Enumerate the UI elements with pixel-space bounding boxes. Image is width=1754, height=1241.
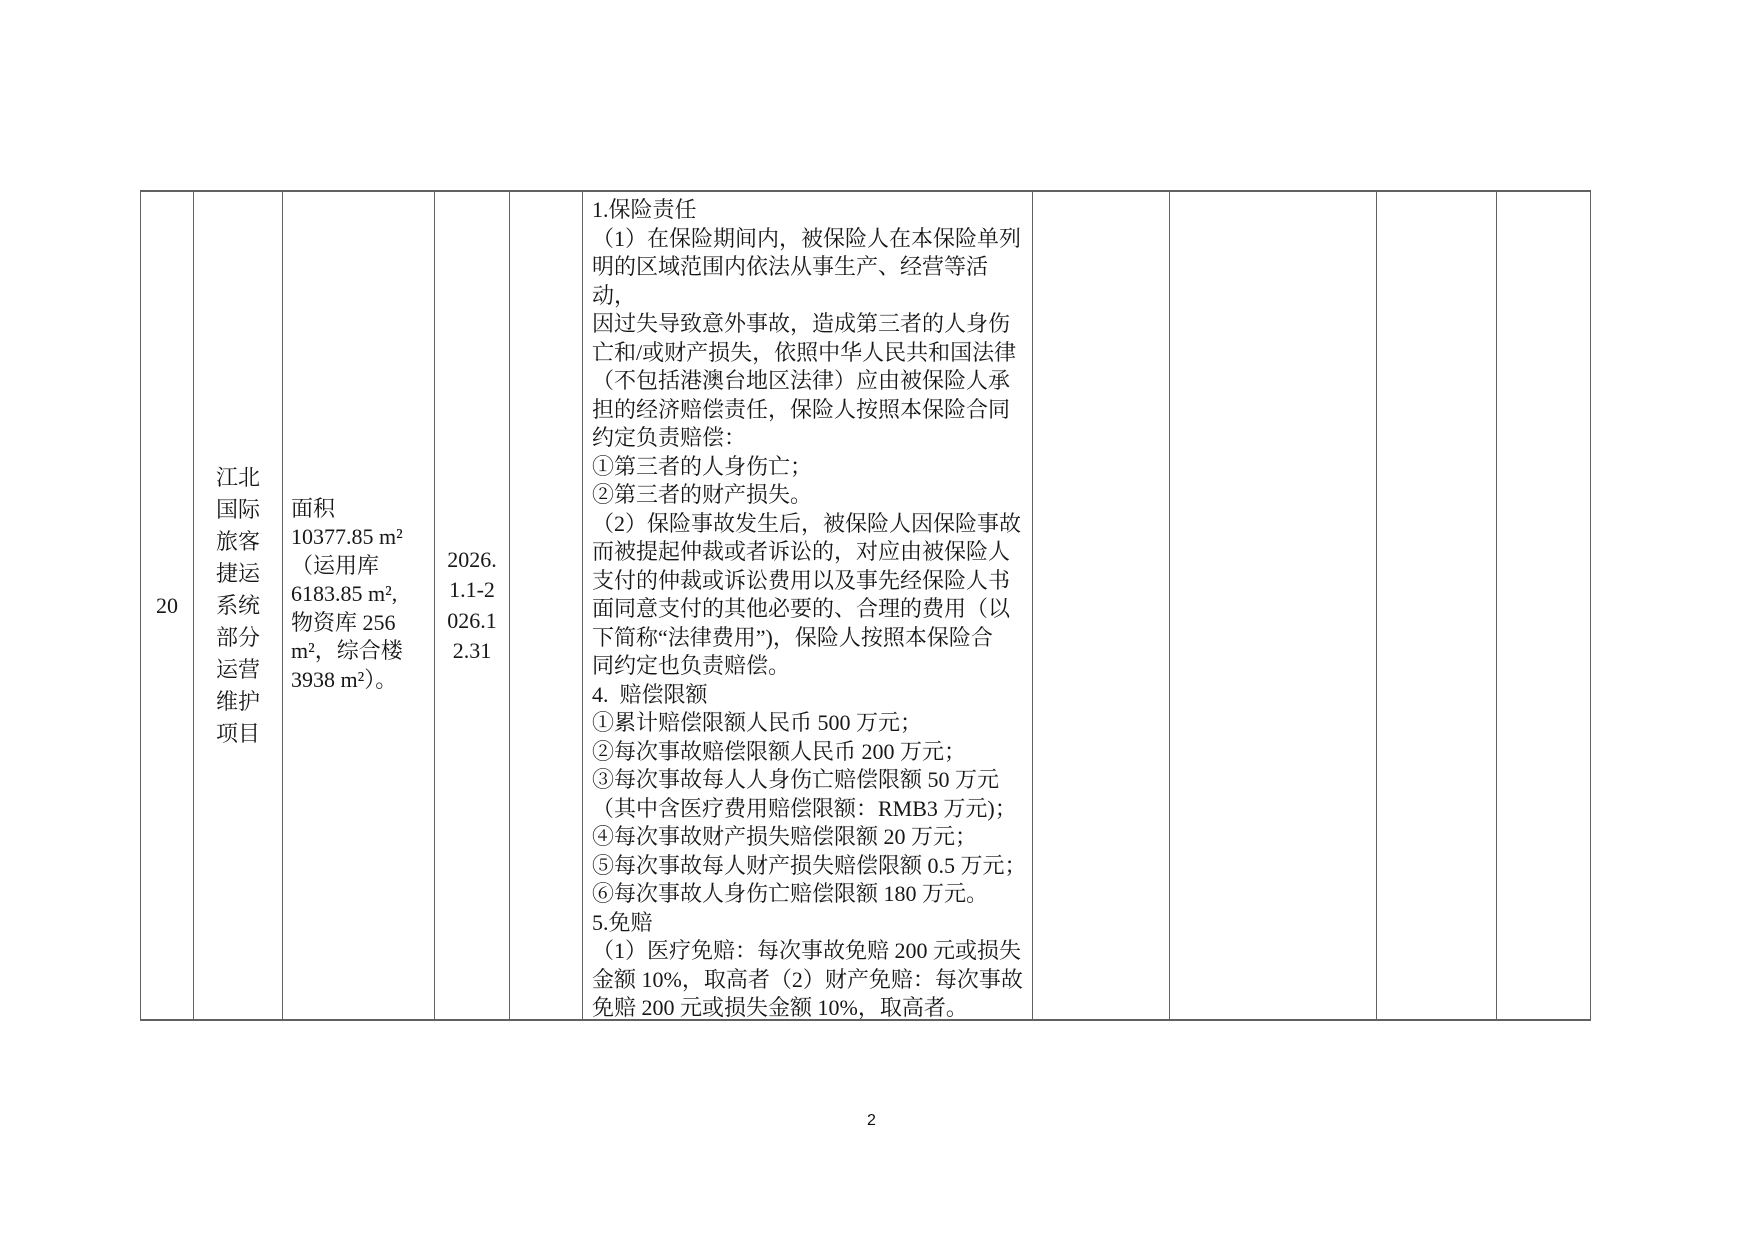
seq-number-text: 20 [156,593,178,619]
insurance-terms-text: 1.保险责任 （1）在保险期间内，被保险人在本保险单列 明的区域范围内依法从事生… [592,196,1028,1019]
insurance-schedule-table: 20 江北 国际 旅客 捷运 系统 部分 运营 维护 项目 面积 10377.8… [140,190,1591,1021]
cell-empty-2 [1170,192,1377,1019]
page-container: 20 江北 国际 旅客 捷运 系统 部分 运营 维护 项目 面积 10377.8… [0,0,1754,1241]
cell-empty-1 [1033,192,1170,1019]
cell-empty-spacer [510,192,583,1019]
cell-insurance-period: 2026. 1.1-2 026.1 2.31 [435,192,510,1019]
area-description-text: 面积 10377.85 m² （运用库 6183.85 m², 物资库 256 … [291,495,403,695]
cell-area-description: 面积 10377.85 m² （运用库 6183.85 m², 物资库 256 … [283,192,435,1019]
cell-insurance-terms: 1.保险责任 （1）在保险期间内，被保险人在本保险单列 明的区域范围内依法从事生… [583,192,1033,1019]
cell-project-name: 江北 国际 旅客 捷运 系统 部分 运营 维护 项目 [194,192,283,1019]
page-number: 2 [867,1112,876,1130]
cell-empty-4 [1497,192,1591,1019]
cell-seq-number: 20 [141,192,194,1019]
project-name-text: 江北 国际 旅客 捷运 系统 部分 运营 维护 项目 [216,462,260,750]
insurance-period-text: 2026. 1.1-2 026.1 2.31 [447,545,497,667]
cell-empty-3 [1377,192,1497,1019]
